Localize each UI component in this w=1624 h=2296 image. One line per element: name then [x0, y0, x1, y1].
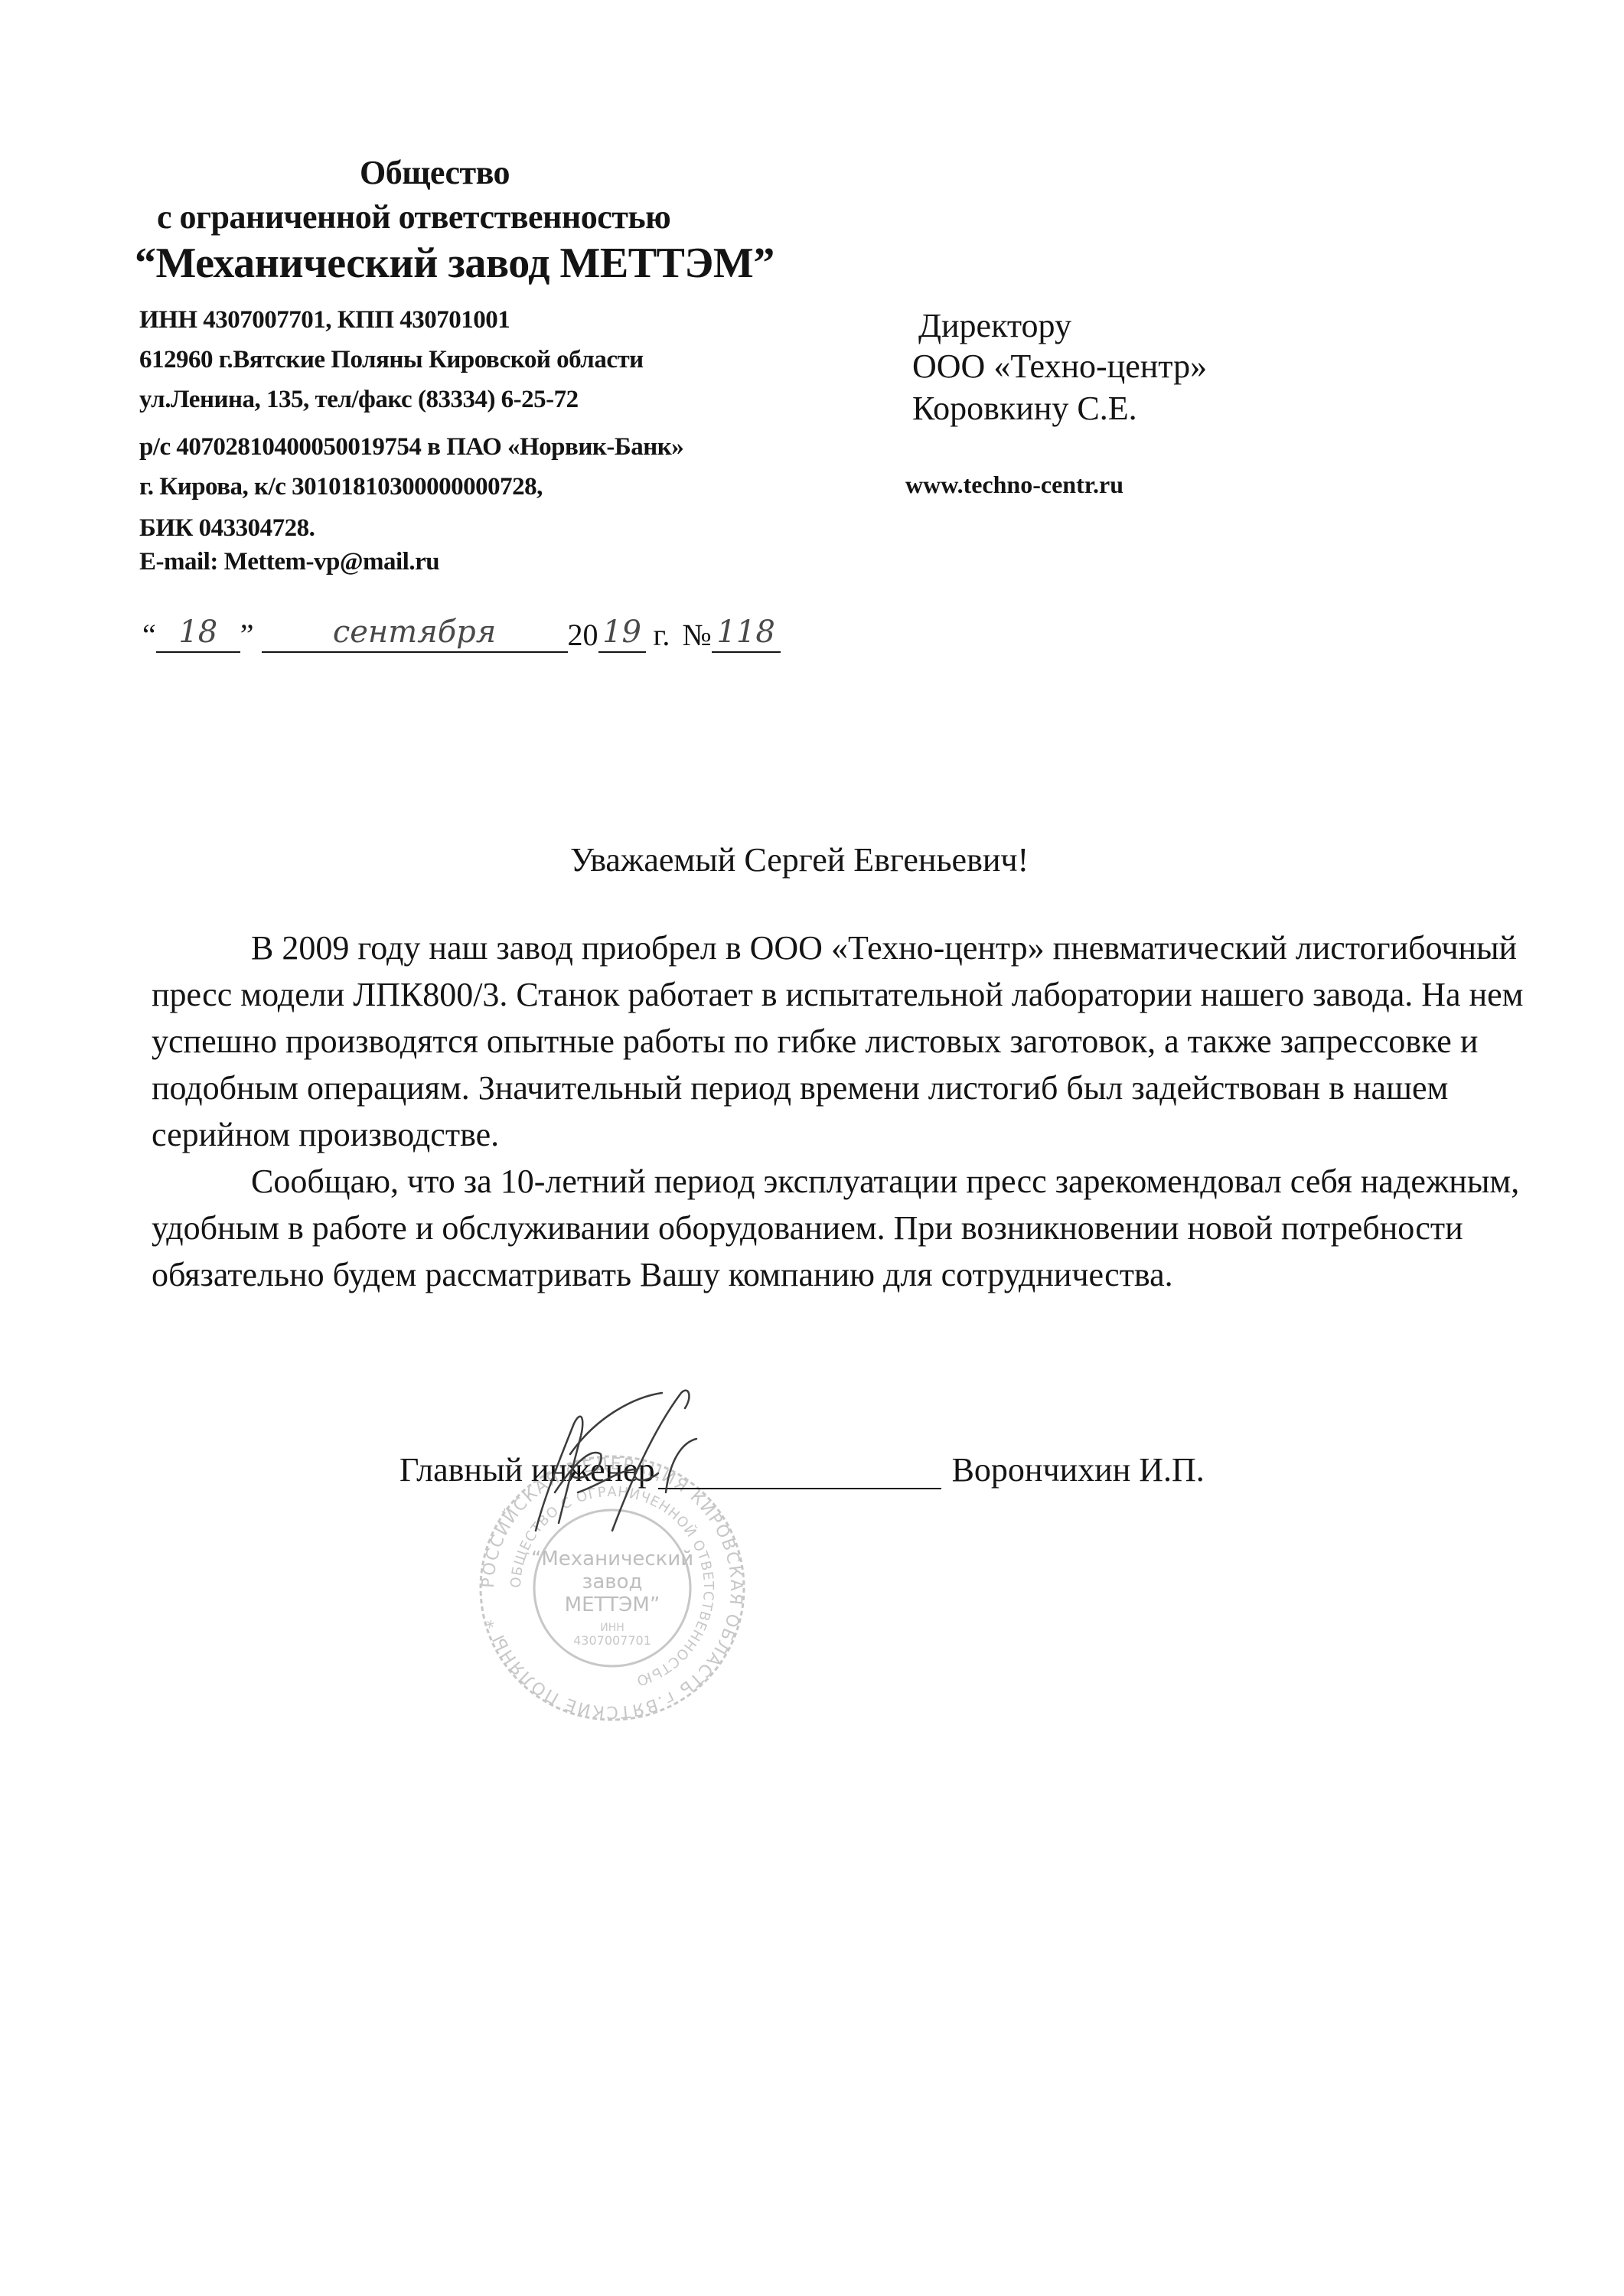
handwritten-signature — [528, 1378, 758, 1538]
document-number-field: 118 — [712, 616, 781, 653]
letter-body: В 2009 году наш завод приобрел в ООО «Те… — [152, 925, 1560, 1298]
requisite-bik: БИК 043304728. — [139, 514, 315, 543]
signatory-name: Ворончихин И.П. — [952, 1450, 1205, 1489]
date-number-line: “ 18 ” сентября 20 19 г. № 118 — [142, 616, 781, 653]
document-number-handwritten: 118 — [712, 615, 781, 650]
org-name-line1: Общество — [360, 153, 510, 192]
stamp-inn-value: 4307007701 — [573, 1633, 651, 1648]
org-name-line2: с ограниченной ответственностью — [157, 197, 670, 236]
signature-line: Главный инженер Ворончихин И.П. — [399, 1450, 1205, 1489]
stamp-center-line2: завод — [582, 1570, 643, 1593]
date-year-prefix: 20 — [568, 617, 598, 653]
date-close-quote: ” — [240, 617, 254, 653]
org-name-line3: “Механический завод МЕТТЭМ” — [135, 239, 774, 288]
stamp-center-line3: МЕТТЭМ” — [565, 1593, 660, 1616]
recipient-name: Коровкину С.Е. — [912, 389, 1137, 428]
date-day-field: 18 — [156, 616, 240, 653]
requisite-inn-kpp: ИНН 4307007701, КПП 430701001 — [139, 306, 510, 334]
date-month-field: сентября — [262, 616, 568, 653]
letter-greeting: Уважаемый Сергей Евгеньевич! — [570, 840, 1029, 879]
date-year-handwritten: 19 — [598, 615, 646, 650]
number-label: № — [682, 617, 711, 653]
requisite-corr-account: г. Кирова, к/с 30101810300000000728, — [139, 473, 543, 501]
recipient-title: Директору — [918, 306, 1071, 345]
date-day-handwritten: 18 — [156, 615, 240, 650]
stamp-center-line1: “Механический — [531, 1548, 693, 1570]
recipient-website: www.techno-centr.ru — [905, 471, 1123, 499]
date-year-field: 19 — [598, 616, 646, 653]
recipient-company: ООО «Техно-центр» — [912, 347, 1207, 386]
date-open-quote: “ — [142, 617, 156, 653]
requisite-bank-account: р/с 40702810400050019754 в ПАО «Норвик-Б… — [139, 433, 683, 461]
requisite-address-street: ул.Ленина, 135, тел/факс (83334) 6-25-72 — [139, 386, 579, 414]
stamp-inn-label: ИНН — [600, 1622, 624, 1634]
letter-paragraph: Сообщаю, что за 10-летний период эксплуа… — [152, 1158, 1560, 1298]
requisite-address-city: 612960 г.Вятские Поляны Кировской област… — [139, 346, 644, 374]
requisite-email: E-mail: Mettem-vp@mail.ru — [139, 548, 439, 576]
letter-paragraph: В 2009 году наш завод приобрел в ООО «Те… — [152, 925, 1560, 1158]
date-year-label: г. — [654, 617, 670, 653]
date-month-handwritten: сентября — [262, 615, 568, 650]
